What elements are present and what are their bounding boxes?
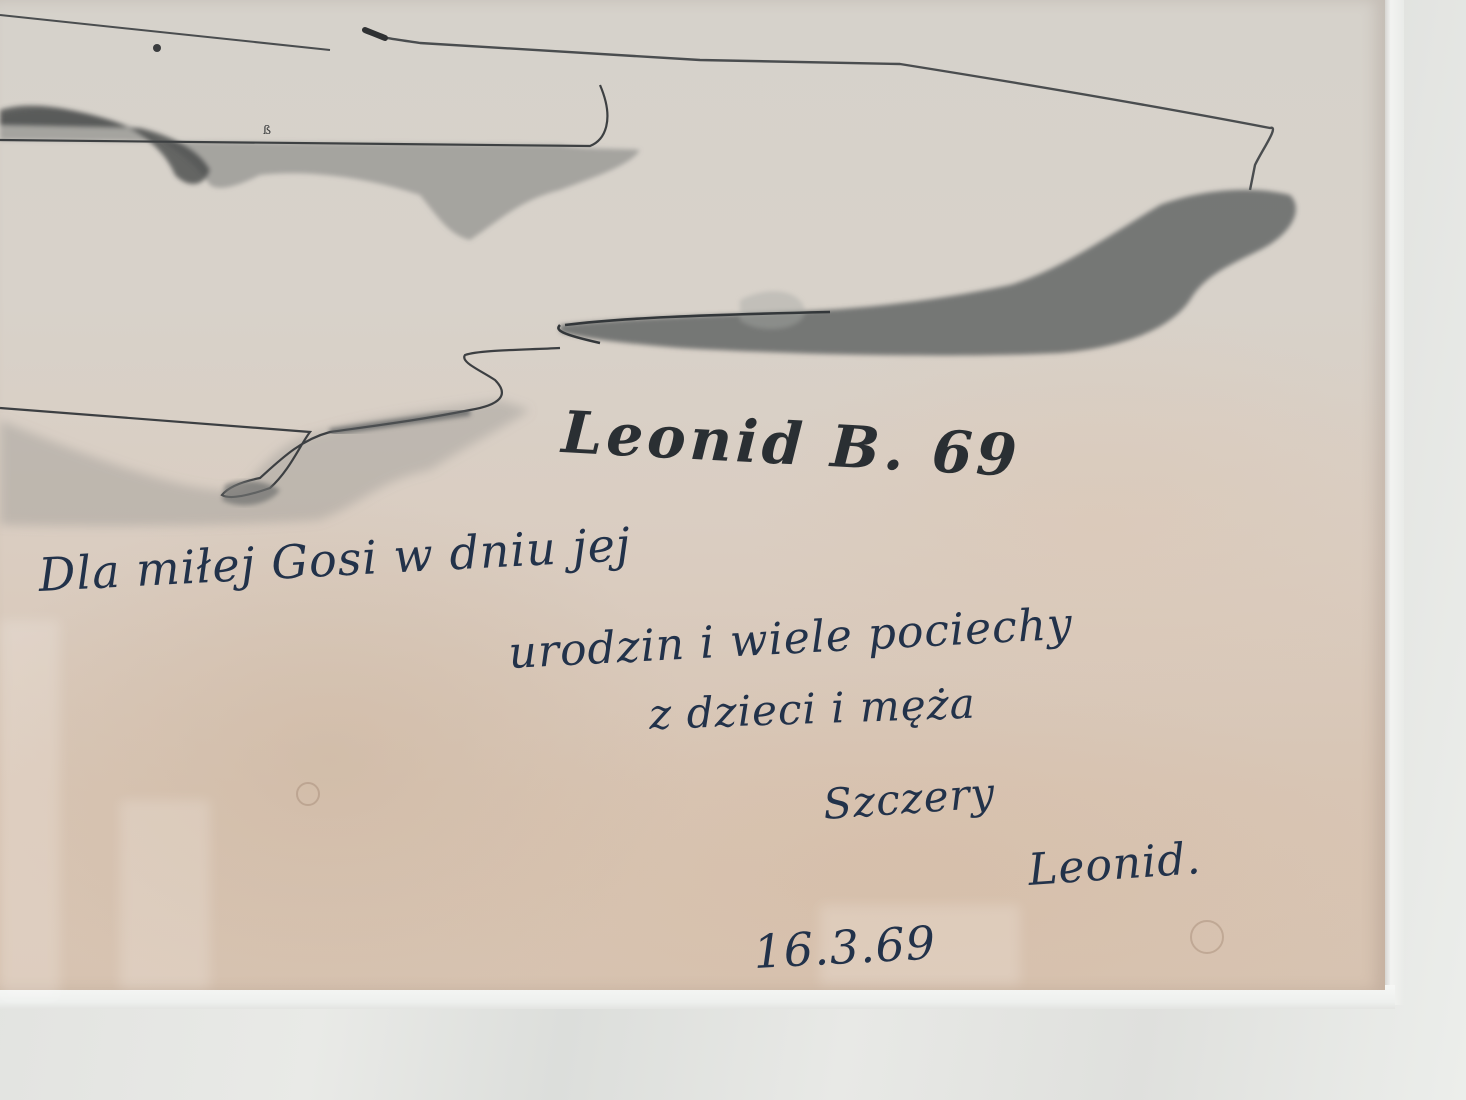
foxing-spot [296,782,320,806]
glass-reflection [0,620,60,1000]
foxing-spot [1190,920,1224,954]
ink-wash-upper [0,105,640,240]
ink-line-top-left [0,15,330,50]
ink-wash-lower [0,400,530,526]
ink-wash-middle [560,190,1296,356]
glass-reflection [120,800,210,990]
svg-text:ß: ß [263,123,271,137]
dedication-date: 16.3.69 [752,916,937,979]
